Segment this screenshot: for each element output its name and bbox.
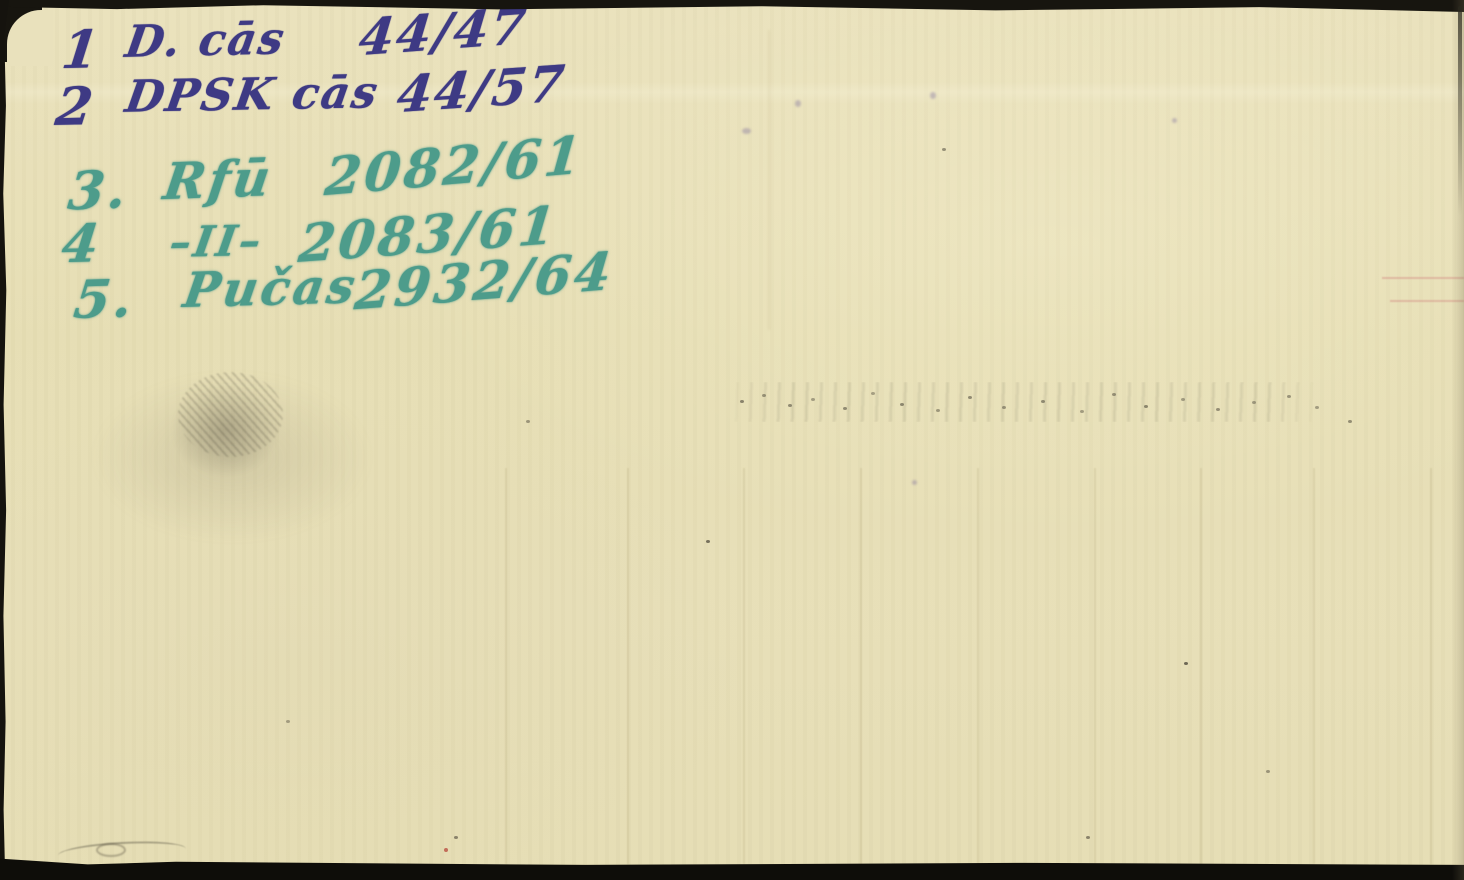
ink-speck — [912, 480, 917, 485]
entry-number: 2 — [52, 76, 98, 138]
ink-speck — [930, 92, 936, 99]
ink-offset-band — [722, 382, 1322, 422]
entry-name: Pučas — [180, 258, 362, 319]
ink-speck — [1172, 118, 1177, 123]
showthrough-column-line — [743, 468, 745, 864]
ink-speck-band — [740, 400, 744, 403]
showthrough-column-line — [977, 468, 979, 864]
fingerprint-smudge-core — [178, 372, 283, 457]
showthrough-column-line — [1200, 468, 1202, 864]
entry-row: 2 DPSK cās 44/57 — [0, 50, 901, 136]
card-right-edge-line — [1458, 6, 1462, 216]
entry-reference: 44/57 — [394, 54, 569, 125]
entry-reference: 2932/64 — [352, 241, 617, 322]
faint-scribble-loop — [96, 843, 126, 857]
showthrough-column-line — [505, 468, 507, 864]
dirt-specks — [706, 540, 710, 543]
entry-name: DPSK cās — [122, 67, 383, 123]
showthrough-column-line — [860, 468, 862, 864]
scanned-index-card: 1 D. cās 44/47 2 DPSK cās 44/57 3. Rfū 2… — [0, 0, 1464, 880]
showthrough-column-line — [627, 468, 629, 864]
entry-number: 5. — [71, 268, 138, 331]
entry-name: D. cās — [122, 13, 289, 68]
showthrough-column-line — [1313, 468, 1315, 864]
showthrough-column-line — [1094, 468, 1096, 864]
showthrough-column-line — [1430, 468, 1432, 864]
red-ink-dot — [444, 848, 448, 852]
